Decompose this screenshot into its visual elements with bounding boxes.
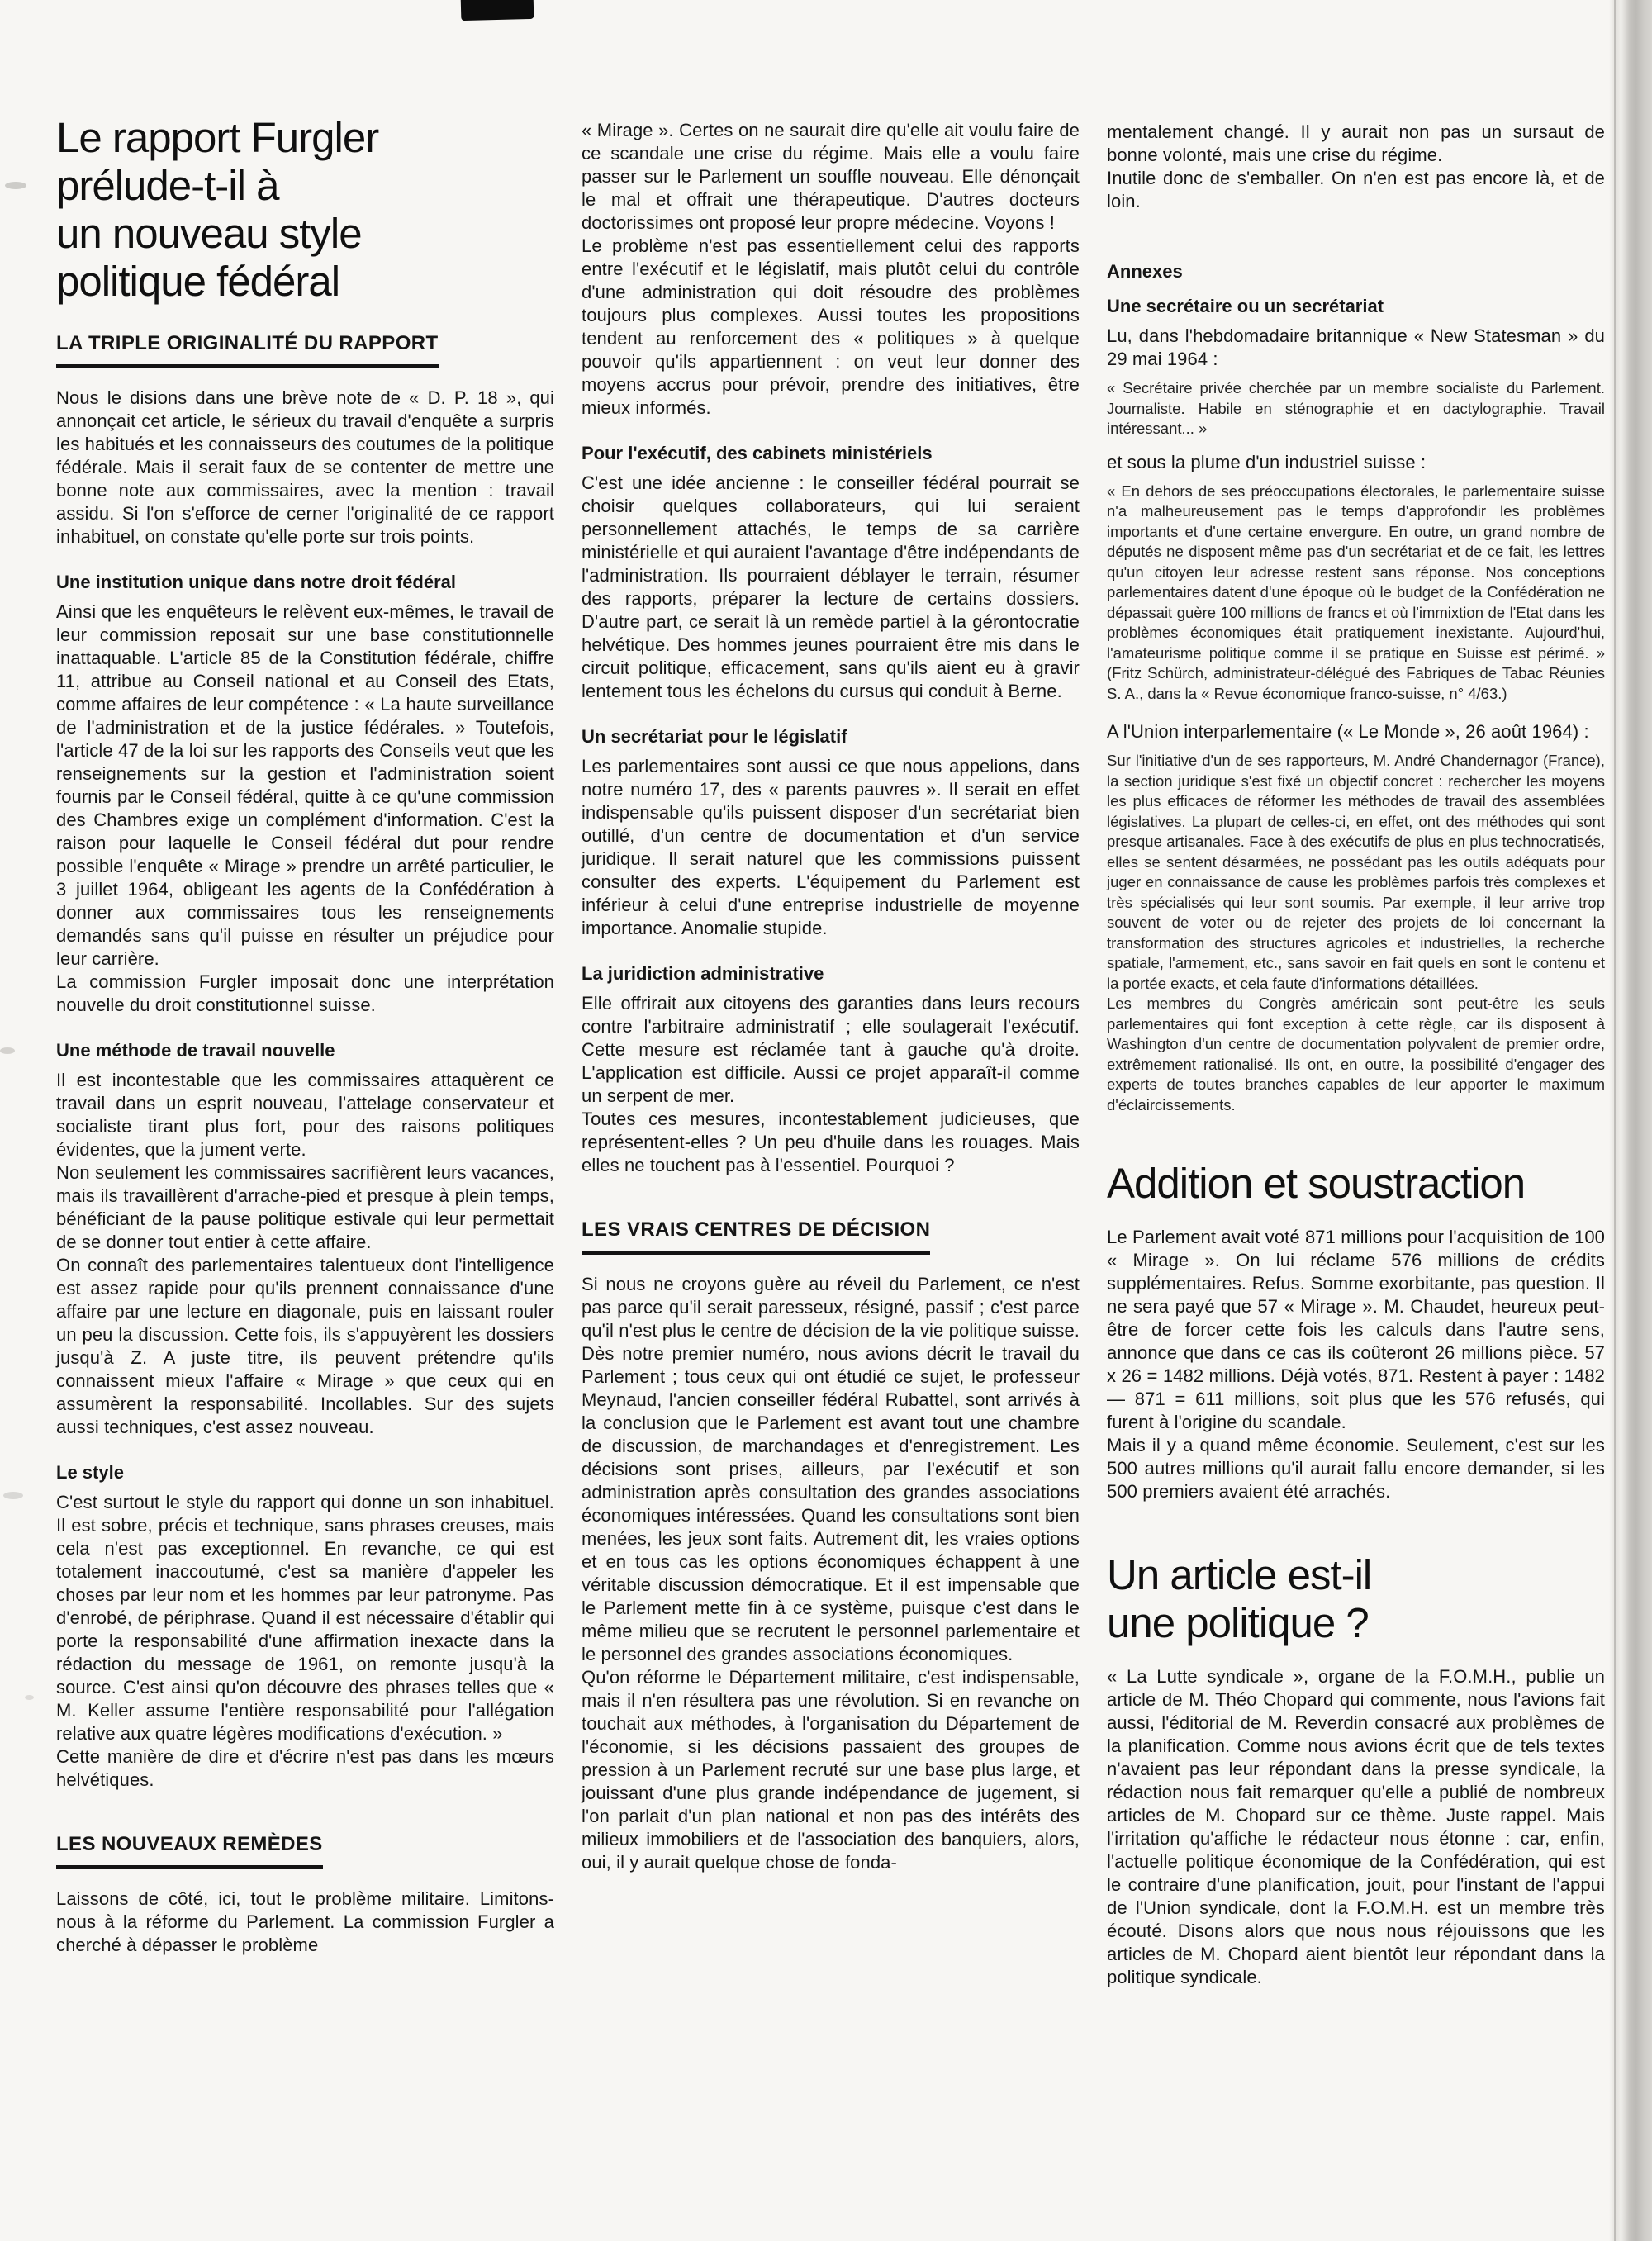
subheading-institution-unique: Une institution unique dans notre droit … <box>56 572 554 593</box>
page-edge-strip <box>1609 0 1652 2241</box>
article-title-addition-soustraction: Addition et soustraction <box>1107 1160 1605 1208</box>
paragraph: C'est surtout le style du rapport qui do… <box>56 1491 554 1745</box>
section-heading-nouveaux-remedes: LES NOUVEAUX REMÈDES <box>56 1833 323 1869</box>
scan-mark <box>461 0 534 21</box>
paragraph: A l'Union interparlementaire (« Le Monde… <box>1107 720 1605 743</box>
paragraph: et sous la plume d'un industriel suisse … <box>1107 451 1605 474</box>
scan-smudge <box>0 1047 15 1054</box>
paragraph: La commission Furgler imposait donc une … <box>56 971 554 1017</box>
paragraph: Non seulement les commissaires sacrifièr… <box>56 1161 554 1254</box>
scan-smudge <box>25 1695 34 1700</box>
paragraph: Nous le disions dans une brève note de «… <box>56 387 554 548</box>
subheading-secretaire-ou-secretariat: Une secrétaire ou un secrétariat <box>1107 296 1605 317</box>
subheading-secretariat-legislatif: Un secrétariat pour le législatif <box>582 726 1080 748</box>
page: Le rapport Furgler prélude-t-il à un nou… <box>0 0 1652 2241</box>
paragraph: Laissons de côté, ici, tout le problème … <box>56 1887 554 1957</box>
column-middle: « Mirage ». Certes on ne saurait dire qu… <box>582 0 1080 2241</box>
column-right: mentalement changé. Il y aurait non pas … <box>1107 0 1605 2241</box>
scan-smudge <box>5 182 26 189</box>
paragraph: Ainsi que les enquêteurs le relèvent eux… <box>56 601 554 971</box>
paragraph: Elle offrirait aux citoyens des garantie… <box>582 992 1080 1108</box>
paragraph: Si nous ne croyons guère au réveil du Pa… <box>582 1273 1080 1666</box>
paragraph: Le problème n'est pas essentiellement ce… <box>582 235 1080 420</box>
paragraph: Cette manière de dire et d'écrire n'est … <box>56 1745 554 1792</box>
column-left: Le rapport Furgler prélude-t-il à un nou… <box>56 0 554 2241</box>
paragraph: Lu, dans l'hebdomadaire britannique « Ne… <box>1107 325 1605 371</box>
paragraph: Le Parlement avait voté 871 millions pou… <box>1107 1226 1605 1434</box>
paragraph: Qu'on réforme le Département militaire, … <box>582 1666 1080 1874</box>
paragraph: Les parlementaires sont aussi ce que nou… <box>582 755 1080 940</box>
small-quote-union-1: Sur l'initiative d'un de ses rapporteurs… <box>1107 751 1605 994</box>
subheading-juridiction-administrative: La juridiction administrative <box>582 963 1080 985</box>
scan-smudge <box>3 1492 23 1499</box>
paragraph: Il est incontestable que les commissaire… <box>56 1069 554 1161</box>
section-heading-vrais-centres: LES VRAIS CENTRES DE DÉCISION <box>582 1218 930 1255</box>
subheading-annexes: Annexes <box>1107 261 1605 282</box>
paragraph: Toutes ces mesures, incontestablement ju… <box>582 1108 1080 1177</box>
paragraph: mentalement changé. Il y aurait non pas … <box>1107 121 1605 167</box>
article-title-un-article-politique: Un article est-il une politique ? <box>1107 1551 1605 1647</box>
subheading-le-style: Le style <box>56 1462 554 1484</box>
small-quote-industriel: « En dehors de ses préoccupations électo… <box>1107 482 1605 705</box>
paragraph: « La Lutte syndicale », organe de la F.O… <box>1107 1665 1605 1989</box>
paragraph: « Mirage ». Certes on ne saurait dire qu… <box>582 119 1080 235</box>
subheading-executif-cabinets: Pour l'exécutif, des cabinets ministérie… <box>582 443 1080 464</box>
article-title: Le rapport Furgler prélude-t-il à un nou… <box>56 114 554 306</box>
paragraph: Inutile donc de s'emballer. On n'en est … <box>1107 167 1605 213</box>
small-quote-new-statesman: « Secrétaire privée cherchée par un memb… <box>1107 378 1605 439</box>
paragraph: Mais il y a quand même économie. Seuleme… <box>1107 1434 1605 1503</box>
paragraph: C'est une idée ancienne : le conseiller … <box>582 472 1080 703</box>
section-heading-triple-originalite: LA TRIPLE ORIGINALITÉ DU RAPPORT <box>56 332 439 368</box>
subheading-methode-travail: Une méthode de travail nouvelle <box>56 1040 554 1061</box>
small-quote-union-2: Les membres du Congrès américain sont pe… <box>1107 994 1605 1115</box>
newspaper-page: { "colors": { "paper": "#f7f6f3", "ink":… <box>0 0 1652 2241</box>
paragraph: On connaît des parlementaires talentueux… <box>56 1254 554 1439</box>
